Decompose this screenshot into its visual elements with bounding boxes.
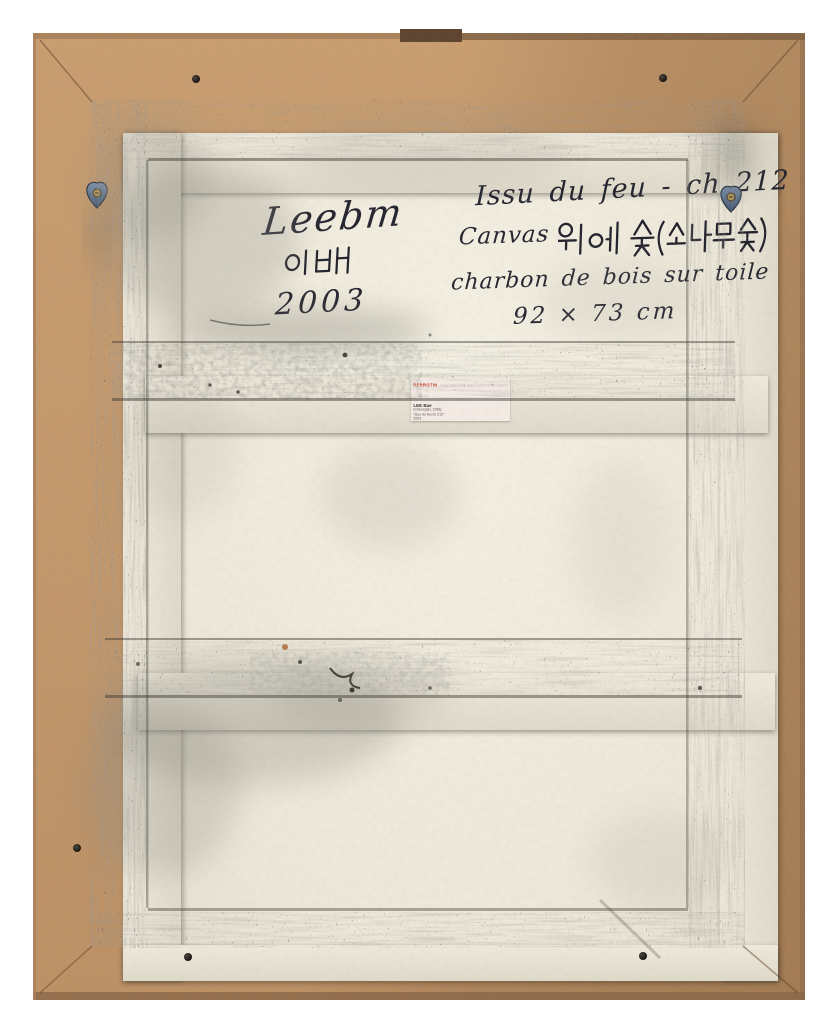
cardboard-frame: Leebm 2003 Issu du feu - ch 212 Canvas <box>33 33 805 1000</box>
frame-screw <box>73 844 81 852</box>
label-artwork-year: 2003 <box>413 417 510 421</box>
frame-top-tab <box>400 29 462 42</box>
frame-top-edge-dark <box>460 33 805 40</box>
gallery-logo: PERROTIN <box>413 384 437 388</box>
frame-right-edge <box>800 33 805 1000</box>
frame-left-edge <box>33 33 36 1000</box>
hanging-bracket-left <box>84 180 110 210</box>
hanging-bracket-icon <box>718 184 744 214</box>
frame-bottom-edge <box>33 992 805 1000</box>
frame-screw <box>639 952 647 960</box>
hangul-signature-strokes <box>282 243 362 279</box>
hangul-medium-strokes <box>557 214 768 261</box>
frame-top-edge <box>33 33 400 39</box>
frame-screw <box>659 74 667 82</box>
inscription-medium-prefix: Canvas <box>458 221 550 250</box>
gallery-label-content: PERROTIN PARIS NEW YORK HONG KONG SEOUL … <box>411 377 510 421</box>
frame-screw <box>192 75 200 83</box>
gallery-label: PERROTIN PARIS NEW YORK HONG KONG SEOUL … <box>411 377 510 421</box>
hanging-bracket-icon <box>84 180 110 210</box>
stretcher-rail-left <box>123 133 181 981</box>
stretcher-rail-bottom <box>123 945 778 981</box>
frame-screw <box>184 953 192 961</box>
inscription-dimensions: 92 × 73 cm <box>513 298 678 330</box>
hanging-bracket-right <box>718 184 744 214</box>
artwork-back-photo: Leebm 2003 Issu du feu - ch 212 Canvas <box>0 0 840 1033</box>
canvas-back: Leebm 2003 Issu du feu - ch 212 Canvas <box>123 133 778 981</box>
inscription-year: 2003 <box>274 283 368 323</box>
stretcher-crossbar-lower <box>138 673 775 730</box>
artist-signature: Leebm <box>261 190 406 244</box>
artist-signature-hangul <box>282 243 362 279</box>
